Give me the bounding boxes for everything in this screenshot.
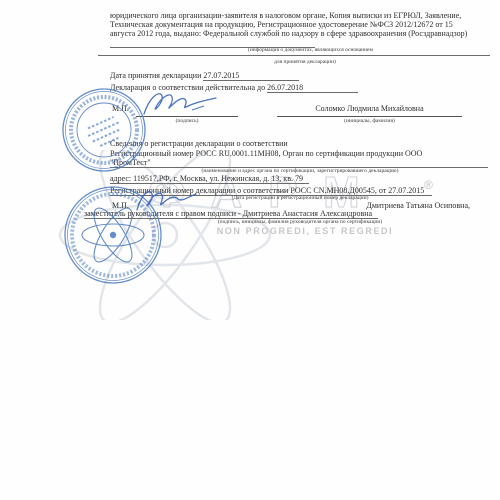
valid-until-value: 26.07.2018 (267, 83, 358, 93)
signature-scribble-2 (134, 186, 208, 216)
date-accepted-label: Дата принятия декларации (110, 71, 201, 80)
caption-info-documents: (информация о документах, являющихся осн… (243, 47, 378, 53)
caption-initials: (инициалы, фамилия) (277, 118, 462, 124)
registration-body-line1: Регистрационный номер РОСС RU.0001.11МН0… (110, 149, 492, 158)
round-stamp-1 (60, 86, 148, 174)
date-accepted-row: Дата принятия декларации 27.07.2015 (110, 71, 299, 80)
address-line: адрес: 119517,РФ, г. Москва, ул. Нежинск… (110, 174, 309, 184)
caption-head-signature: (подпись, инициалы, фамилия руководителя… (140, 219, 460, 225)
intro-paragraph-text: юридического лица организации-заявителя … (110, 11, 467, 38)
caption-for-declaration: для принятия декларации) (230, 59, 380, 65)
document-page: ФАРМ ® NON PROGREDI, EST REGREDI юридиче… (0, 0, 500, 500)
signature-scribble-1 (140, 88, 224, 120)
name-line-1 (277, 116, 462, 117)
divider-line (98, 55, 490, 56)
declarant-name: Соломко Людмила Михайловна (277, 104, 462, 113)
watermark-motto: NON PROGREDI, EST REGREDI (140, 226, 470, 236)
date-accepted-value: 27.07.2015 (203, 71, 299, 81)
intro-paragraph: юридического лица организации-заявителя … (110, 11, 468, 50)
